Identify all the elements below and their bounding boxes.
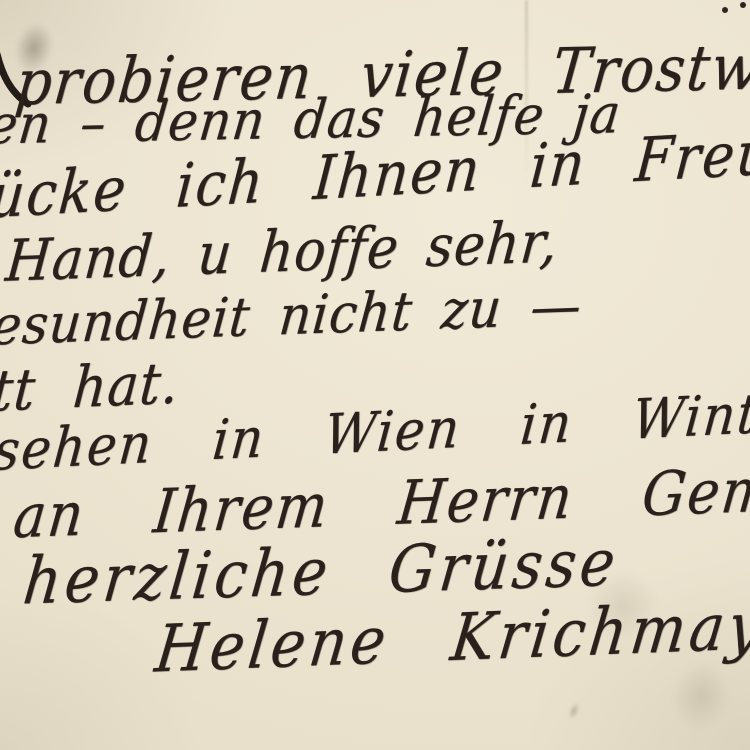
letter-page: probieren viele Trostworte en – denn das… <box>0 0 750 750</box>
ink-speck-bottom <box>564 699 584 724</box>
umlaut-dots-top-right <box>722 7 728 13</box>
umlaut-dots-top-right <box>740 2 746 8</box>
